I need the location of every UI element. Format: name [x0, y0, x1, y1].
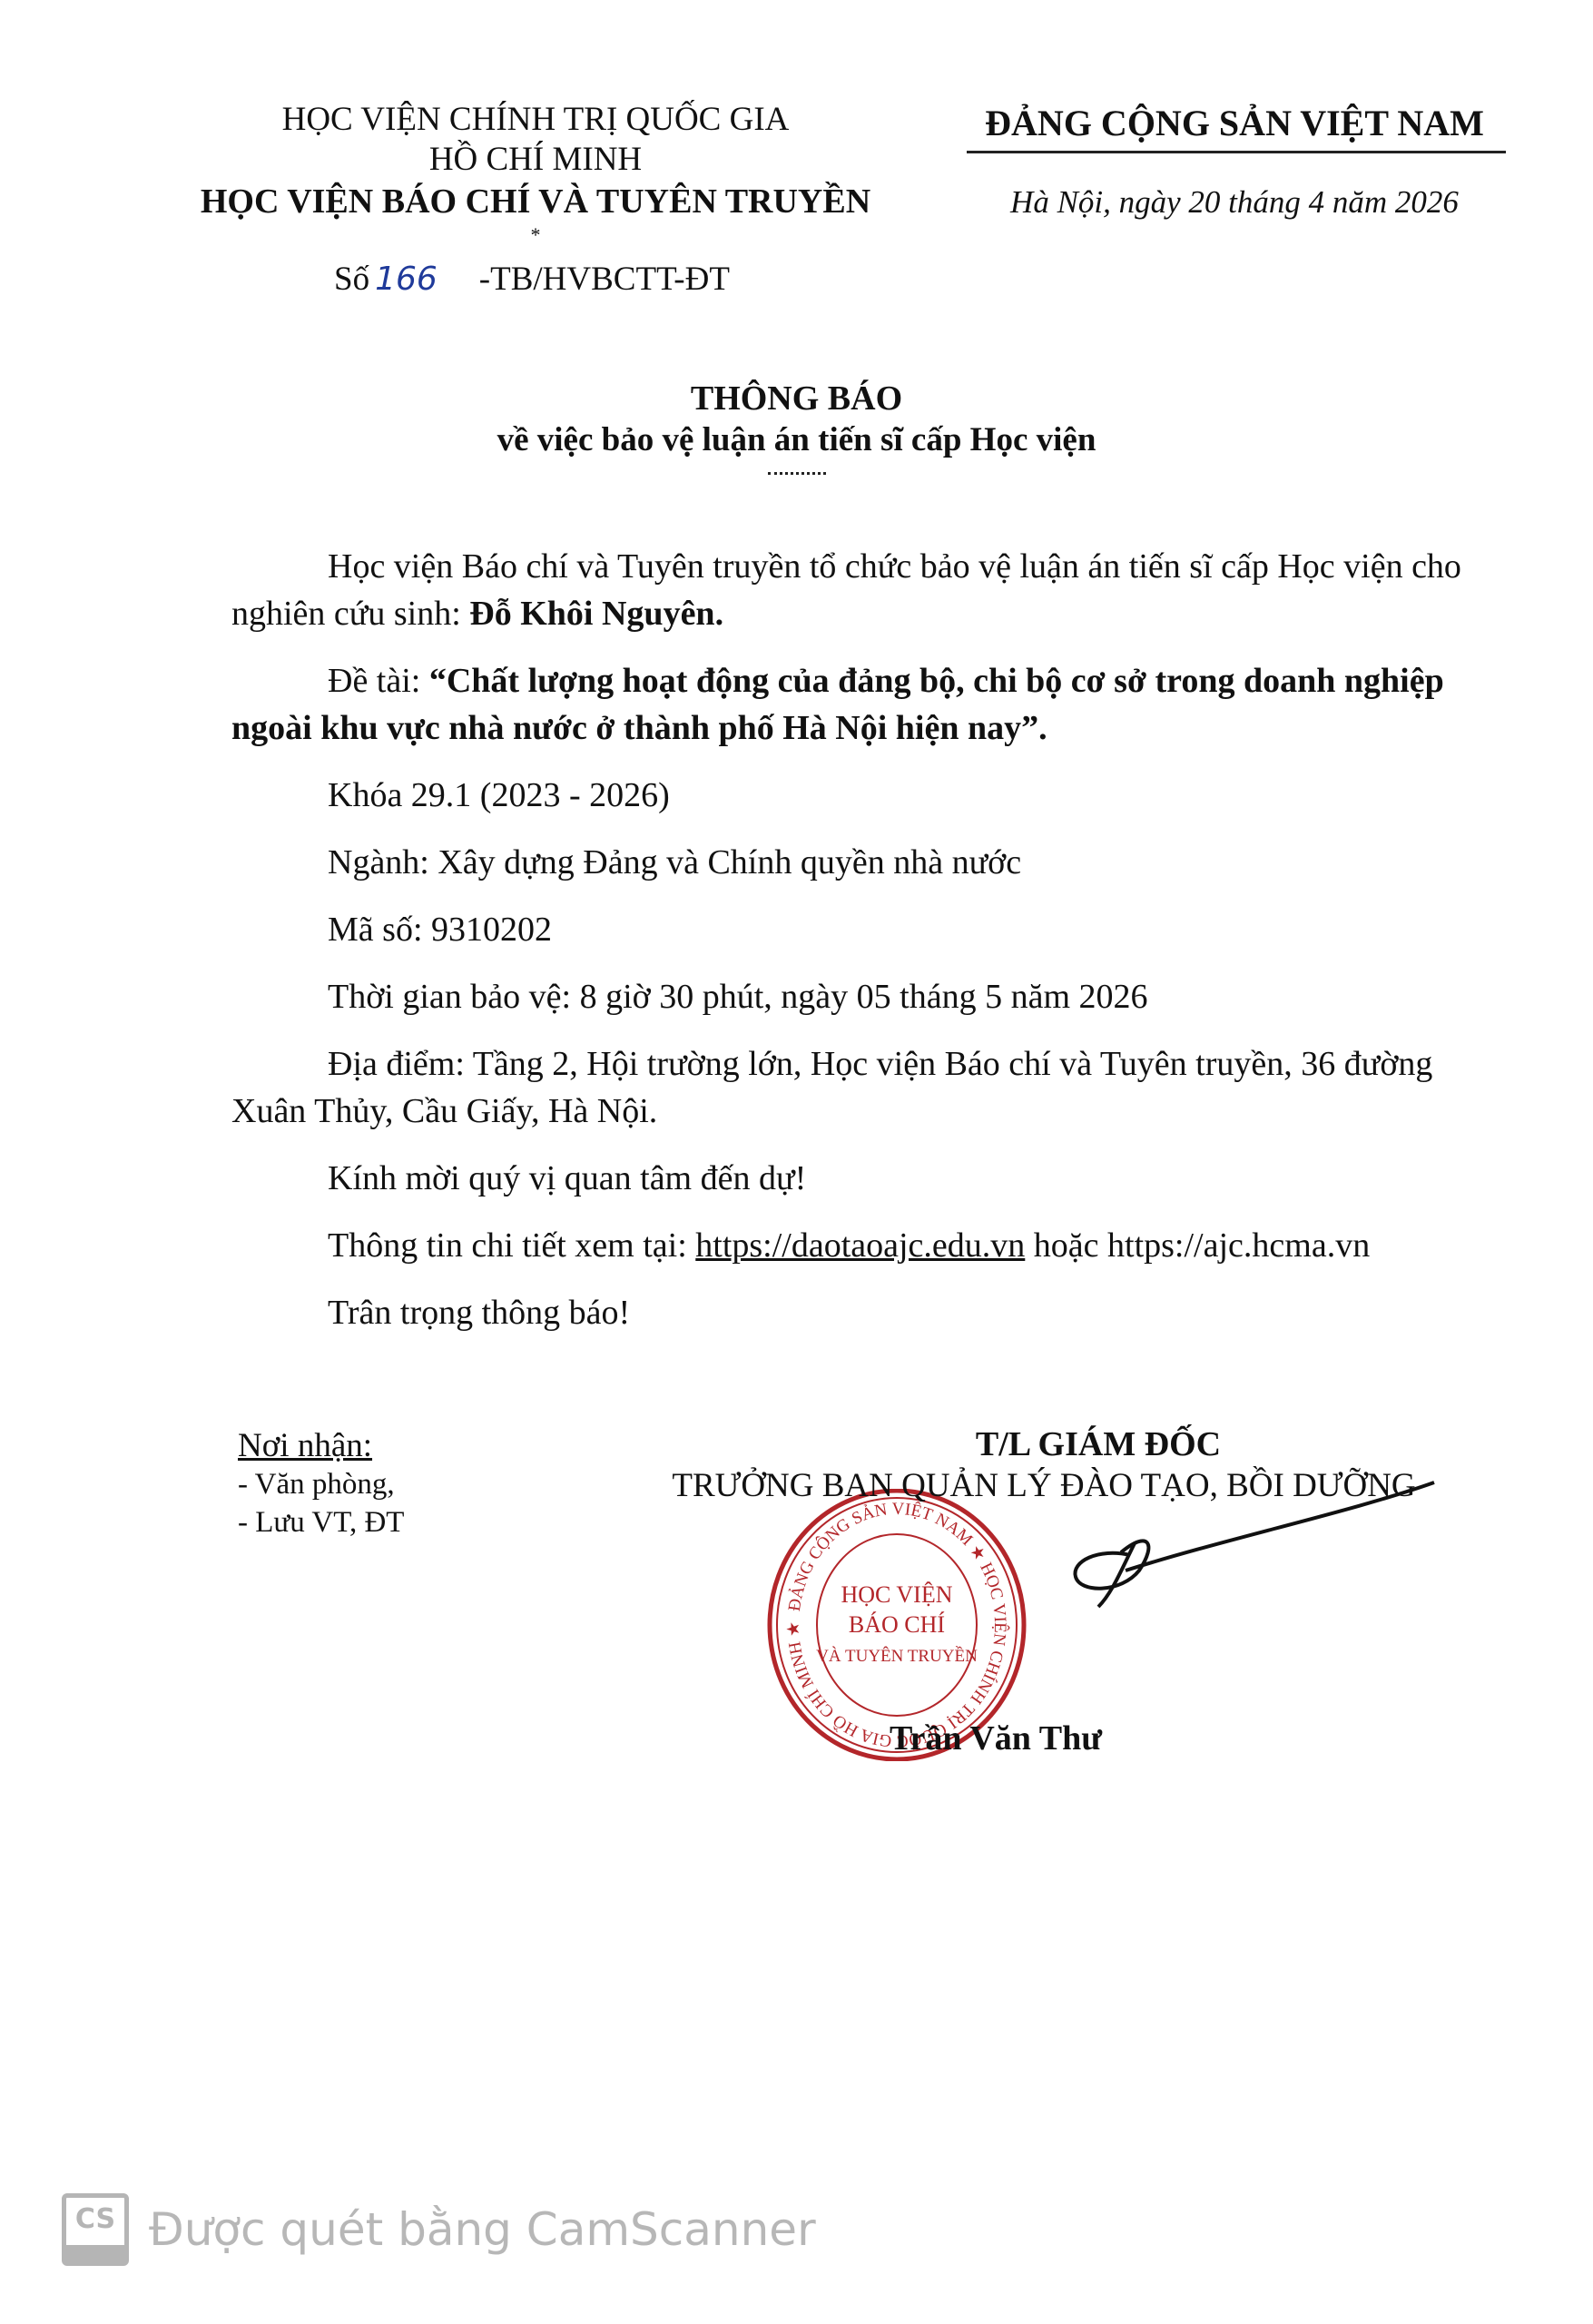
party-block: ĐẢNG CỘNG SẢN VIỆT NAM Hà Nội, ngày 20 t…: [958, 102, 1511, 221]
time-line: Thời gian bảo vệ: 8 giờ 30 phút, ngày 05…: [231, 973, 1475, 1020]
location-paragraph: Địa điểm: Tầng 2, Hội trường lớn, Học vi…: [231, 1040, 1475, 1135]
doc-number-handwritten: 166: [375, 261, 438, 298]
code-line: Mã số: 9310202: [231, 906, 1475, 953]
document-body: Học viện Báo chí và Tuyên truyền tổ chức…: [231, 543, 1475, 1336]
doc-number-suffix: -TB/HVBCTT-ĐT: [479, 261, 730, 298]
svg-text:VÀ TUYÊN TRUYỀN: VÀ TUYÊN TRUYỀN: [816, 1646, 978, 1666]
title-main: THÔNG BÁO: [0, 378, 1593, 419]
issuer-parent-line1: HỌC VIỆN CHÍNH TRỊ QUỐC GIA: [136, 100, 935, 140]
topic-paragraph: Đề tài: “Chất lượng hoạt động của đảng b…: [231, 657, 1475, 752]
major-line: Ngành: Xây dựng Đảng và Chính quyền nhà …: [231, 839, 1475, 886]
recipient-item: - Văn phòng,: [238, 1465, 404, 1503]
title-subtitle: về việc bảo vệ luận án tiến sĩ cấp Học v…: [0, 419, 1593, 461]
place-date: Hà Nội, ngày 20 tháng 4 năm 2026: [958, 184, 1511, 221]
recipients-block: Nơi nhận: - Văn phòng, - Lưu VT, ĐT: [238, 1427, 404, 1541]
recipient-item: - Lưu VT, ĐT: [238, 1503, 404, 1541]
candidate-name: Đỗ Khôi Nguyên.: [469, 595, 723, 633]
course-line: Khóa 29.1 (2023 - 2026): [231, 772, 1475, 819]
issuer-name: HỌC VIỆN BÁO CHÍ VÀ TUYÊN TRUYỀN: [136, 180, 935, 223]
intro-paragraph: Học viện Báo chí và Tuyên truyền tổ chức…: [231, 543, 1475, 637]
doc-number-prefix: Số: [334, 261, 369, 298]
info-line: Thông tin chi tiết xem tại: https://daot…: [231, 1222, 1475, 1269]
svg-text:HỌC VIỆN: HỌC VIỆN: [841, 1581, 952, 1608]
signer-name: Trần Văn Thư: [890, 1718, 1102, 1758]
camscanner-label: Được quét bằng CamScanner: [149, 2203, 816, 2256]
party-underline: [967, 151, 1506, 153]
party-name: ĐẢNG CỘNG SẢN VIỆT NAM: [958, 102, 1511, 145]
issuer-parent-line2: HỒ CHÍ MINH: [136, 140, 935, 180]
link-ajc-hcma[interactable]: https://ajc.hcma.vn: [1107, 1226, 1370, 1265]
star-separator: *: [136, 225, 935, 245]
document-title: THÔNG BÁO về việc bảo vệ luận án tiến sĩ…: [0, 378, 1593, 475]
camscanner-logo-icon: CS: [62, 2193, 129, 2266]
issuer-block: HỌC VIỆN CHÍNH TRỊ QUỐC GIA HỒ CHÍ MINH …: [136, 100, 935, 245]
invite-line: Kính mời quý vị quan tâm đến dự!: [231, 1155, 1475, 1202]
svg-text:BÁO CHÍ: BÁO CHÍ: [849, 1611, 945, 1638]
topic-label: Đề tài:: [328, 662, 429, 700]
link-daotaoajc[interactable]: https://daotaoajc.edu.vn: [695, 1226, 1025, 1265]
signature-scribble-icon: [962, 1457, 1452, 1611]
title-divider: [768, 472, 826, 475]
document-number: Số166-TB/HVBCTT-ĐT: [334, 260, 730, 299]
handwritten-signature: [962, 1457, 1452, 1611]
closing-line: Trân trọng thông báo!: [231, 1289, 1475, 1336]
camscanner-watermark: CS Được quét bằng CamScanner: [62, 2193, 816, 2266]
recipients-title: Nơi nhận:: [238, 1427, 404, 1465]
